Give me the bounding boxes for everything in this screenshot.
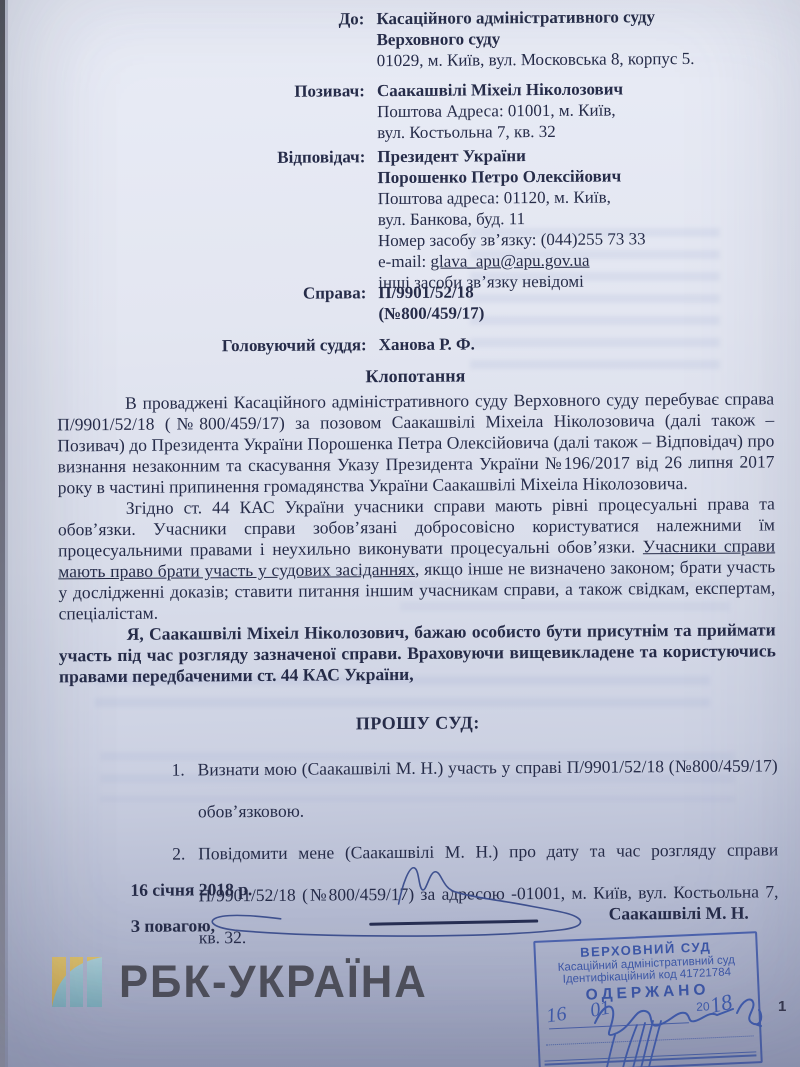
to-label: До: — [0, 8, 377, 74]
defendant-line: вул. Банкова, буд. 11 — [378, 206, 773, 230]
to-line: 01029, м. Київ, вул. Московська 8, корпу… — [377, 47, 772, 71]
defendant-line: Номер засобу зв’язку: (044)255 73 33 — [378, 227, 773, 251]
case-number-alt: (№800/459/17) — [378, 300, 773, 324]
request-heading: ПРОШУ СУД: — [59, 710, 776, 736]
defendant-line: Президент України — [377, 143, 772, 167]
to-line: Касаційного адміністративного суду — [376, 5, 771, 29]
case-label: Справа: — [0, 282, 379, 327]
rbc-brand-text: РБК-УКРАЇНА — [119, 956, 428, 1008]
plaintiff-line: Саакашвілі Міхеіл Ніколозович — [377, 77, 772, 101]
header-case-block: Справа: П/9901/52/18 (№800/459/17) — [0, 279, 774, 326]
case-number: П/9901/52/18 — [378, 279, 773, 303]
item-number: 1. — [171, 749, 184, 791]
plaintiff-line: Поштова Адреса: 01001, м. Київ, — [377, 98, 772, 122]
header-judge-block: Головуючий суддя: Ханова Р. Ф. — [0, 331, 774, 357]
plaintiff-line: вул. Костьольна 7, кв. 32 — [377, 119, 772, 143]
defendant-line: Порошенко Петро Олексійович — [377, 164, 772, 188]
page-number: 1 — [778, 998, 786, 1015]
request-item: 1. Визнати мою (Саакашвілі М. Н.) участь… — [171, 744, 778, 832]
header-plaintiff-block: Позивач: Саакашвілі Міхеіл Ніколозович П… — [0, 77, 772, 145]
to-line: Верховного суду — [376, 26, 771, 50]
body-text: В проваджені Касаційного адміністративно… — [57, 388, 776, 687]
header-to-block: До: Касаційного адміністративного суду В… — [0, 5, 772, 73]
rbc-ukraine-watermark: РБК-УКРАЇНА — [52, 956, 437, 1008]
header-defendant-block: Відповідач: Президент України Порошенко … — [0, 143, 773, 295]
email-link[interactable]: glava_apu@apu.gov.ua — [430, 251, 589, 271]
document-content: До: Касаційного адміністративного суду В… — [0, 0, 800, 1067]
paragraph-2: Згідно ст. 44 КАС України учасники справ… — [58, 493, 776, 624]
judge-name: Ханова Р. Ф. — [379, 331, 774, 355]
plaintiff-label: Позивач: — [0, 80, 377, 146]
defendant-email-line: e-mail: glava_apu@apu.gov.ua — [378, 248, 773, 272]
rbc-logo-icon — [52, 957, 102, 1007]
item-number: 2. — [172, 833, 185, 875]
stamp-day: 16 — [545, 1003, 568, 1029]
judge-label: Головуючий суддя: — [0, 334, 379, 358]
defendant-line: Поштова адреса: 01120, м. Київ, — [378, 185, 773, 209]
paragraph-3: Я, Саакашвілі Міхеіл Ніколозович, бажаю … — [59, 619, 776, 687]
handwritten-signature — [192, 851, 593, 944]
stamp-clerk-signature — [585, 993, 770, 1067]
email-prefix: e-mail: — [378, 252, 431, 271]
paragraph-1: В проваджені Касаційного адміністративно… — [57, 388, 775, 498]
document-title: Клопотання — [57, 363, 774, 389]
item-text: Визнати мою (Саакашвілі М. Н.) участь у … — [198, 755, 778, 821]
defendant-label: Відповідач: — [0, 146, 378, 296]
scanned-court-document: До: Касаційного адміністративного суду В… — [0, 0, 800, 1067]
signer-name: Саакашвілі М. Н. — [609, 903, 749, 925]
